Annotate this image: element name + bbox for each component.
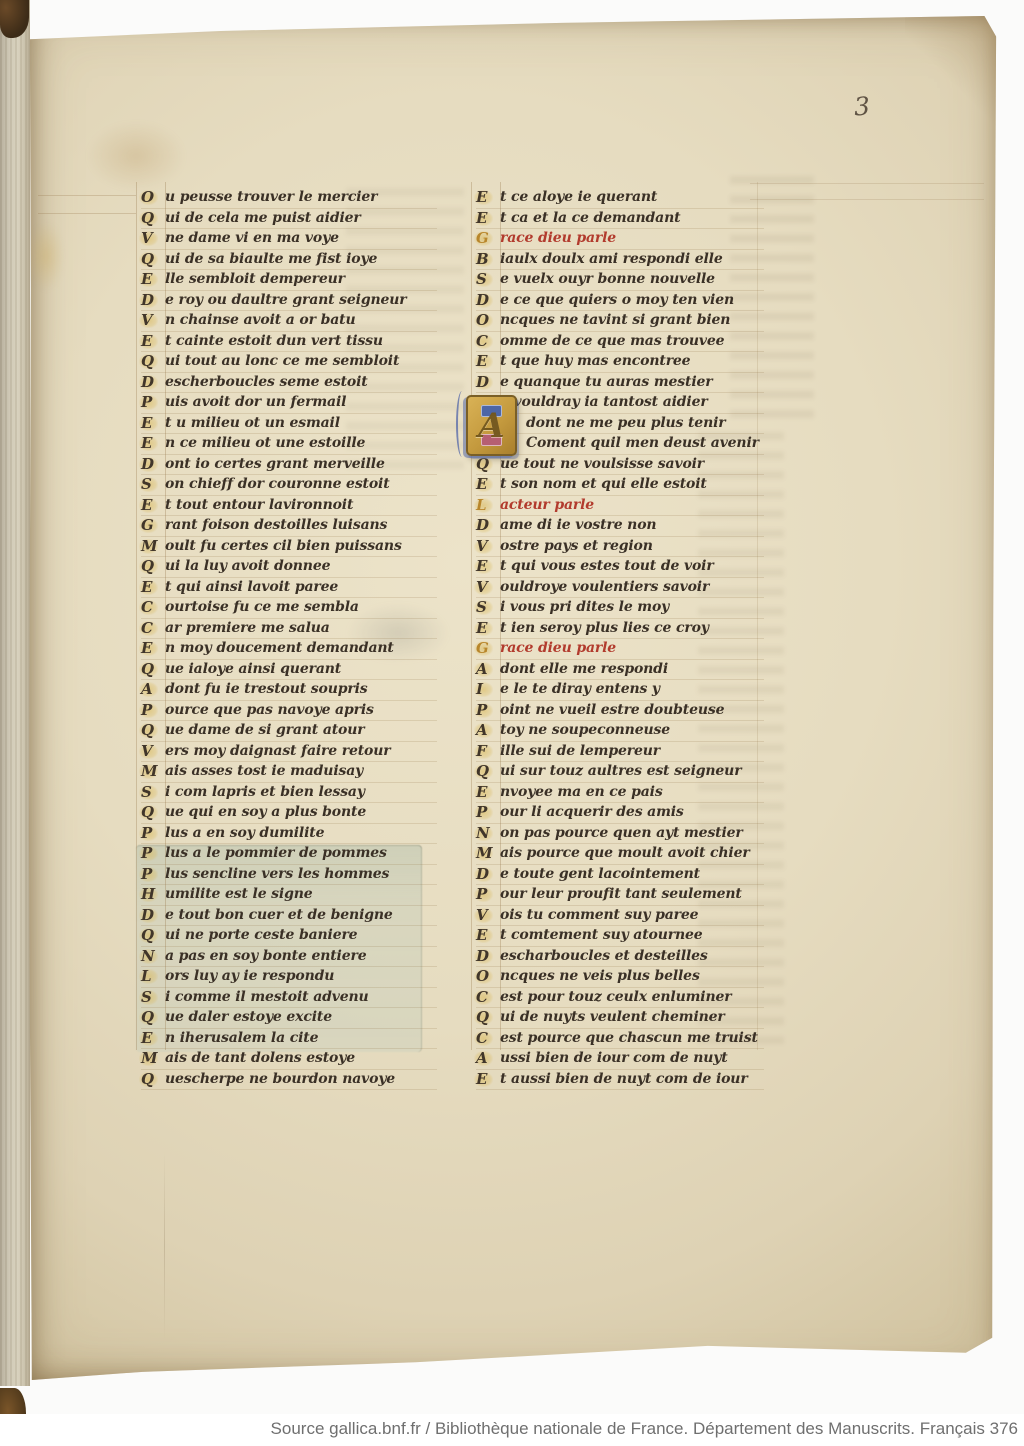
line-initial: E [476,557,500,577]
line-initial: D [476,291,500,311]
verse-text: rant foison destoilles luisans [165,516,387,536]
verse-text: omme de ce que mas trouvee [500,332,724,352]
line-initial: E [476,783,500,803]
verse-text: ui sur touz aultres est seigneur [500,762,741,782]
verse-text: uescherpe ne bourdon navoye [165,1070,395,1090]
line-initial: M [141,762,165,782]
verse-text: escherboucles seme estoit [165,373,368,393]
verse-line: Plus a en soy dumilite [141,824,437,845]
rubric-line: Lacteur parle [476,496,764,517]
verse-line: Plus sencline vers les hommes [141,865,437,886]
stain-yellow [28,221,64,291]
verse-text: e tout bon cuer et de benigne [165,906,393,926]
line-initial: B [476,250,500,270]
verse-text: i vous pri dites le moy [500,598,669,618]
line-initial: F [476,742,500,762]
verse-line: Na pas en soy bonte entiere [141,947,437,968]
verse-text: ais asses tost ie maduisay [165,762,363,782]
line-initial: V [476,906,500,926]
line-initial: P [141,824,165,844]
verse-line: dont ne me peu plus tenir [476,414,764,435]
line-initial: A [476,1049,500,1069]
verse-line: Que qui en soy a plus bonte [141,803,437,824]
illuminated-initial-A: A [466,395,517,456]
verse-line: Et qui vous estes tout de voir [476,557,764,578]
verse-line: Cest pour touz ceulx enluminer [476,988,764,1009]
verse-text: ui de sa biaulte me fist ioye [165,250,377,270]
line-initial: N [141,947,165,967]
verse-line: Qui la luy avoit donnee [141,557,437,578]
verse-text: ui tout au lonc ce me sembloit [165,352,399,372]
verse-text: umilite est le signe [165,885,313,905]
verse-text: ar premiere me salua [165,619,330,639]
verse-text: e vuelx ouyr bonne nouvelle [500,270,715,290]
verse-text: t comtement suy atournee [500,926,703,946]
line-initial: Q [141,250,165,270]
line-initial: E [476,1070,500,1090]
line-initial: P [476,701,500,721]
verse-line: Oncques ne tavint si grant bien [476,311,764,332]
line-initial: N [476,824,500,844]
verse-line: Qui de nuyts veulent cheminer [476,1008,764,1029]
verse-line: Vne dame vi en ma voye [141,229,437,250]
book-leaf-edges [0,0,30,1386]
line-initial: P [141,865,165,885]
line-initial: Q [141,660,165,680]
verse-line: Vers moy daignast faire retour [141,742,437,763]
verse-line: Et ien seroy plus lies ce croy [476,619,764,640]
verse-text: e le te diray entens y [500,680,660,700]
verse-text: ostre pays et region [500,537,653,557]
line-initial: V [476,537,500,557]
verse-line: Atoy ne soupeconneuse [476,721,764,742]
ruling-vertical [471,182,472,1050]
verse-text: ui de cela me puist aidier [165,209,361,229]
line-initial: L [476,496,500,516]
line-initial: C [141,598,165,618]
line-initial: A [476,660,500,680]
verse-text: t qui vous estes tout de voir [500,557,714,577]
verse-text: lus a le pommier de pommes [165,844,387,864]
verse-text: ois tu comment suy paree [500,906,698,926]
verse-text: t ien seroy plus lies ce croy [500,619,709,639]
line-initial: E [476,209,500,229]
verse-line: Vostre pays et region [476,537,764,558]
line-initial: A [141,680,165,700]
ruling-horizontal [38,195,136,196]
verse-text: ame di ie vostre non [500,516,656,536]
right-text-column: Et ce aloye ie querantEt ca et la ce dem… [476,188,764,1090]
verse-line: Que ialoye ainsi querant [141,660,437,681]
verse-text: nvoyee ma en ce pais [500,783,663,803]
line-initial: S [476,598,500,618]
verse-line: Ou peusse trouver le mercier [141,188,437,209]
line-initial: C [141,619,165,639]
verse-text: a pas en soy bonte entiere [165,947,366,967]
line-initial: D [141,373,165,393]
verse-line: Mais pource que moult avoit chier [476,844,764,865]
line-initial: Q [141,1008,165,1028]
verse-text: on chieff dor couronne estoit [165,475,390,495]
verse-line: Vois tu comment suy paree [476,906,764,927]
ruling-horizontal [750,183,984,184]
verse-text: t cainte estoit dun vert tissu [165,332,383,352]
line-initial: P [476,803,500,823]
verse-line: Moult fu certes cil bien puissans [141,537,437,558]
verse-text: our leur proufit tant seulement [500,885,742,905]
verse-line: Car premiere me salua [141,619,437,640]
verse-text: e vouldray ia tantost aidier [500,393,708,413]
source-attribution-bar: Source gallica.bnf.fr / Bibliothèque nat… [0,1414,1024,1446]
line-initial: E [141,578,165,598]
verse-text: lle sembloit dempereur [165,270,345,290]
line-initial: S [141,988,165,1008]
verse-line: Qui ne porte ceste baniere [141,926,437,947]
line-initial: V [141,229,165,249]
verse-text: ncques ne veis plus belles [500,967,700,987]
verse-line: Cest pource que chascun me truist [476,1029,764,1050]
verse-line: Si vous pri dites le moy [476,598,764,619]
verse-text: t son nom et qui elle estoit [500,475,707,495]
line-initial: D [476,865,500,885]
verse-line: En iherusalem la cite [141,1029,437,1050]
line-initial: E [141,496,165,516]
line-initial: G [476,229,500,249]
line-initial: S [141,783,165,803]
verse-text: ille sui de lempereur [500,742,660,762]
verse-line: Biaulx doulx ami respondi elle [476,250,764,271]
verse-text: on pas pource quen ayt mestier [500,824,743,844]
line-initial: P [141,701,165,721]
line-initial: Q [141,721,165,741]
verse-line: Et ca et la ce demandant [476,209,764,230]
line-initial: H [141,885,165,905]
verse-line: Se vuelx ouyr bonne nouvelle [476,270,764,291]
line-initial: S [141,475,165,495]
verse-line: Envoyee ma en ce pais [476,783,764,804]
ruling-horizontal [38,213,136,214]
line-initial: O [141,188,165,208]
line-initial: E [141,1029,165,1049]
line-initial: Q [141,352,165,372]
verse-text: our li acquerir des amis [500,803,684,823]
verse-line: Adont fu ie trestout soupris [141,680,437,701]
verse-text: uis avoit dor un fermail [165,393,346,413]
line-initial: E [476,619,500,639]
verse-text: dont elle me respondi [500,660,668,680]
rubric-line: Grace dieu parle [476,229,764,250]
line-initial: E [141,332,165,352]
verse-text: e roy ou daultre grant seigneur [165,291,407,311]
verse-text: t tout entour lavironnoit [165,496,353,516]
stain-brown [86,121,186,191]
verse-line: Et tout entour lavironnoit [141,496,437,517]
verse-text: escharboucles et desteilles [500,947,708,967]
line-initial: C [476,988,500,1008]
verse-line: De tout bon cuer et de benigne [141,906,437,927]
line-initial: Q [141,1070,165,1090]
line-initial: Q [141,803,165,823]
verse-line: Que tout ne voulsisse savoir [476,455,764,476]
verse-line: De roy ou daultre grant seigneur [141,291,437,312]
source-attribution-text: Source gallica.bnf.fr / Bibliothèque nat… [271,1419,1018,1438]
verse-line: Quescherpe ne bourdon navoye [141,1070,437,1091]
verse-text: ue dame de si grant atour [165,721,365,741]
line-initial: O [476,311,500,331]
verse-line: Et u milieu ot un esmail [141,414,437,435]
verse-line: Et cainte estoit dun vert tissu [141,332,437,353]
verse-text: t qui ainsi lavoit paree [165,578,338,598]
verse-line: Mais asses tost ie maduisay [141,762,437,783]
line-initial: D [476,947,500,967]
verse-text: n moy doucement demandant [165,639,394,659]
line-initial: D [141,291,165,311]
line-initial: Q [141,557,165,577]
line-initial: P [141,844,165,864]
left-text-column: Ou peusse trouver le mercierQui de cela … [141,188,437,1090]
ruling-horizontal [750,199,984,200]
verse-text: n ce milieu ot une estoille [165,434,365,454]
verse-text: t u milieu ot un esmail [165,414,340,434]
verse-line: Humilite est le signe [141,885,437,906]
verse-text: ont io certes grant merveille [165,455,385,475]
verse-line: Que dame de si grant atour [141,721,437,742]
verse-text: t aussi bien de nuyt com de iour [500,1070,748,1090]
verse-line: Son chieff dor couronne estoit [141,475,437,496]
verse-line: Vouldroye voulentiers savoir [476,578,764,599]
parchment-crease [164,1151,165,1341]
line-initial: D [141,455,165,475]
verse-text: lus sencline vers les hommes [165,865,389,885]
verse-line: Et comtement suy atournee [476,926,764,947]
verse-line: Te vouldray ia tantost aidier [476,393,764,414]
line-initial: L [141,967,165,987]
verse-line: Plus a le pommier de pommes [141,844,437,865]
verse-text: n chainse avoit a or batu [165,311,355,331]
verse-line: Et son nom et qui elle estoit [476,475,764,496]
line-initial: Q [141,209,165,229]
verse-line: Aussi bien de iour com de nuyt [476,1049,764,1070]
line-initial: P [141,393,165,413]
verse-text: i com lapris et bien lessay [165,783,365,803]
line-initial: S [476,270,500,290]
line-initial: Q [476,455,500,475]
verse-line: Oncques ne veis plus belles [476,967,764,988]
verse-line: Et qui ainsi lavoit paree [141,578,437,599]
verse-line: De toute gent lacointement [476,865,764,886]
verse-text: ource que pas navoye apris [165,701,374,721]
verse-line: Et que huy mas encontree [476,352,764,373]
verse-line: Courtoise fu ce me sembla [141,598,437,619]
line-initial: C [476,332,500,352]
verse-line: Descherboucles seme estoit [141,373,437,394]
verse-line: Et aussi bien de nuyt com de iour [476,1070,764,1091]
verse-line: Si comme il mestoit advenu [141,988,437,1009]
verse-text: est pour touz ceulx enluminer [500,988,731,1008]
verse-text: ncques ne tavint si grant bien [500,311,730,331]
line-initial: D [476,516,500,536]
line-initial: D [141,906,165,926]
verse-text: toy ne soupeconneuse [500,721,670,741]
verse-line: Puis avoit dor un fermail [141,393,437,414]
verse-text: ais pource que moult avoit chier [500,844,750,864]
verse-line: Grant foison destoilles luisans [141,516,437,537]
verse-text: dont ne me peu plus tenir [526,414,726,434]
verse-text: n iherusalem la cite [165,1029,318,1049]
verse-text: est pource que chascun me truist [500,1029,758,1049]
line-initial: C [476,1029,500,1049]
line-initial: P [476,885,500,905]
verse-text: ouldroye voulentiers savoir [500,578,709,598]
verse-line: Lors luy ay ie respondu [141,967,437,988]
verse-line: Point ne vueil estre doubteuse [476,701,764,722]
verse-line: Comme de ce que mas trouvee [476,332,764,353]
verse-text: ue ialoye ainsi querant [165,660,341,680]
verse-text: acteur parle [500,496,594,516]
verse-line: Et ce aloye ie querant [476,188,764,209]
verse-line: Vn chainse avoit a or batu [141,311,437,332]
verse-line: Fille sui de lempereur [476,742,764,763]
verse-text: oult fu certes cil bien puissans [165,537,402,557]
verse-line: Qui tout au lonc ce me sembloit [141,352,437,373]
verse-line: Que daler estoye excite [141,1008,437,1029]
verse-line: Pource que pas navoye apris [141,701,437,722]
verse-line: En moy doucement demandant [141,639,437,660]
verse-text: Coment quil men deust avenir [526,434,759,454]
verse-text: iaulx doulx ami respondi elle [500,250,723,270]
verse-text: i comme il mestoit advenu [165,988,369,1008]
verse-line: Dame di ie vostre non [476,516,764,537]
verse-text: dont fu ie trestout soupris [165,680,368,700]
verse-line: Non pas pource quen ayt mestier [476,824,764,845]
verse-line: De quanque tu auras mestier [476,373,764,394]
verse-text: ue daler estoye excite [165,1008,332,1028]
verse-text: ourtoise fu ce me sembla [165,598,359,618]
verse-line: Elle sembloit dempereur [141,270,437,291]
verse-line: Qui sur touz aultres est seigneur [476,762,764,783]
verse-text: ussi bien de iour com de nuyt [500,1049,728,1069]
line-initial: E [476,352,500,372]
line-initial: Q [476,1008,500,1028]
line-initial: V [476,578,500,598]
verse-text: e toute gent lacointement [500,865,700,885]
line-initial: G [476,639,500,659]
line-initial: M [141,537,165,557]
verse-line: De ce que quiers o moy ten vien [476,291,764,312]
illuminated-letter: A [478,409,504,443]
line-initial: I [476,680,500,700]
verse-text: e ce que quiers o moy ten vien [500,291,734,311]
verse-text: ers moy daignast faire retour [165,742,391,762]
line-initial: Q [476,762,500,782]
line-initial: E [476,926,500,946]
verse-text: ui ne porte ceste baniere [165,926,357,946]
verse-line: Pour leur proufit tant seulement [476,885,764,906]
verse-text: ais de tant dolens estoye [165,1049,355,1069]
verse-text: lus a en soy dumilite [165,824,324,844]
line-initial: D [476,373,500,393]
line-initial: V [141,742,165,762]
line-initial: E [141,639,165,659]
line-initial: M [141,1049,165,1069]
verse-line: Coment quil men deust avenir [476,434,764,455]
verse-text: ne dame vi en ma voye [165,229,339,249]
verse-line: Mais de tant dolens estoye [141,1049,437,1070]
verse-text: race dieu parle [500,229,616,249]
line-initial: E [476,188,500,208]
verse-line: Qui de sa biaulte me fist ioye [141,250,437,271]
verse-text: ors luy ay ie respondu [165,967,334,987]
line-initial: Q [141,926,165,946]
line-initial: E [141,434,165,454]
verse-line: Si com lapris et bien lessay [141,783,437,804]
verse-text: e quanque tu auras mestier [500,373,713,393]
verse-line: Ie le te diray entens y [476,680,764,701]
line-initial: A [476,721,500,741]
verse-line: Dont io certes grant merveille [141,455,437,476]
line-initial: O [476,967,500,987]
manuscript-page: 3 Ou peusse trouver le mercierQui de cel… [26,16,1000,1380]
verse-line: En ce milieu ot une estoille [141,434,437,455]
verse-text: ue tout ne voulsisse savoir [500,455,704,475]
verse-text: race dieu parle [500,639,616,659]
verse-text: ui de nuyts veulent cheminer [500,1008,725,1028]
verse-text: t que huy mas encontree [500,352,690,372]
verse-text: t ca et la ce demandant [500,209,680,229]
verse-line: Pour li acquerir des amis [476,803,764,824]
verse-text: u peusse trouver le mercier [165,188,377,208]
line-initial: E [476,475,500,495]
line-initial: E [141,270,165,290]
verse-text: oint ne vueil estre doubteuse [500,701,724,721]
verse-text: ue qui en soy a plus bonte [165,803,366,823]
line-initial: V [141,311,165,331]
verse-text: t ce aloye ie querant [500,188,657,208]
folio-number: 3 [853,91,871,121]
line-initial: G [141,516,165,536]
verse-line: Descharboucles et desteilles [476,947,764,968]
rubric-line: Grace dieu parle [476,639,764,660]
ruling-vertical [136,182,137,1050]
verse-line: Qui de cela me puist aidier [141,209,437,230]
line-initial: M [476,844,500,864]
line-initial: E [141,414,165,434]
corner-fold [905,16,1000,131]
verse-line: Adont elle me respondi [476,660,764,681]
verse-text: ui la luy avoit donnee [165,557,330,577]
